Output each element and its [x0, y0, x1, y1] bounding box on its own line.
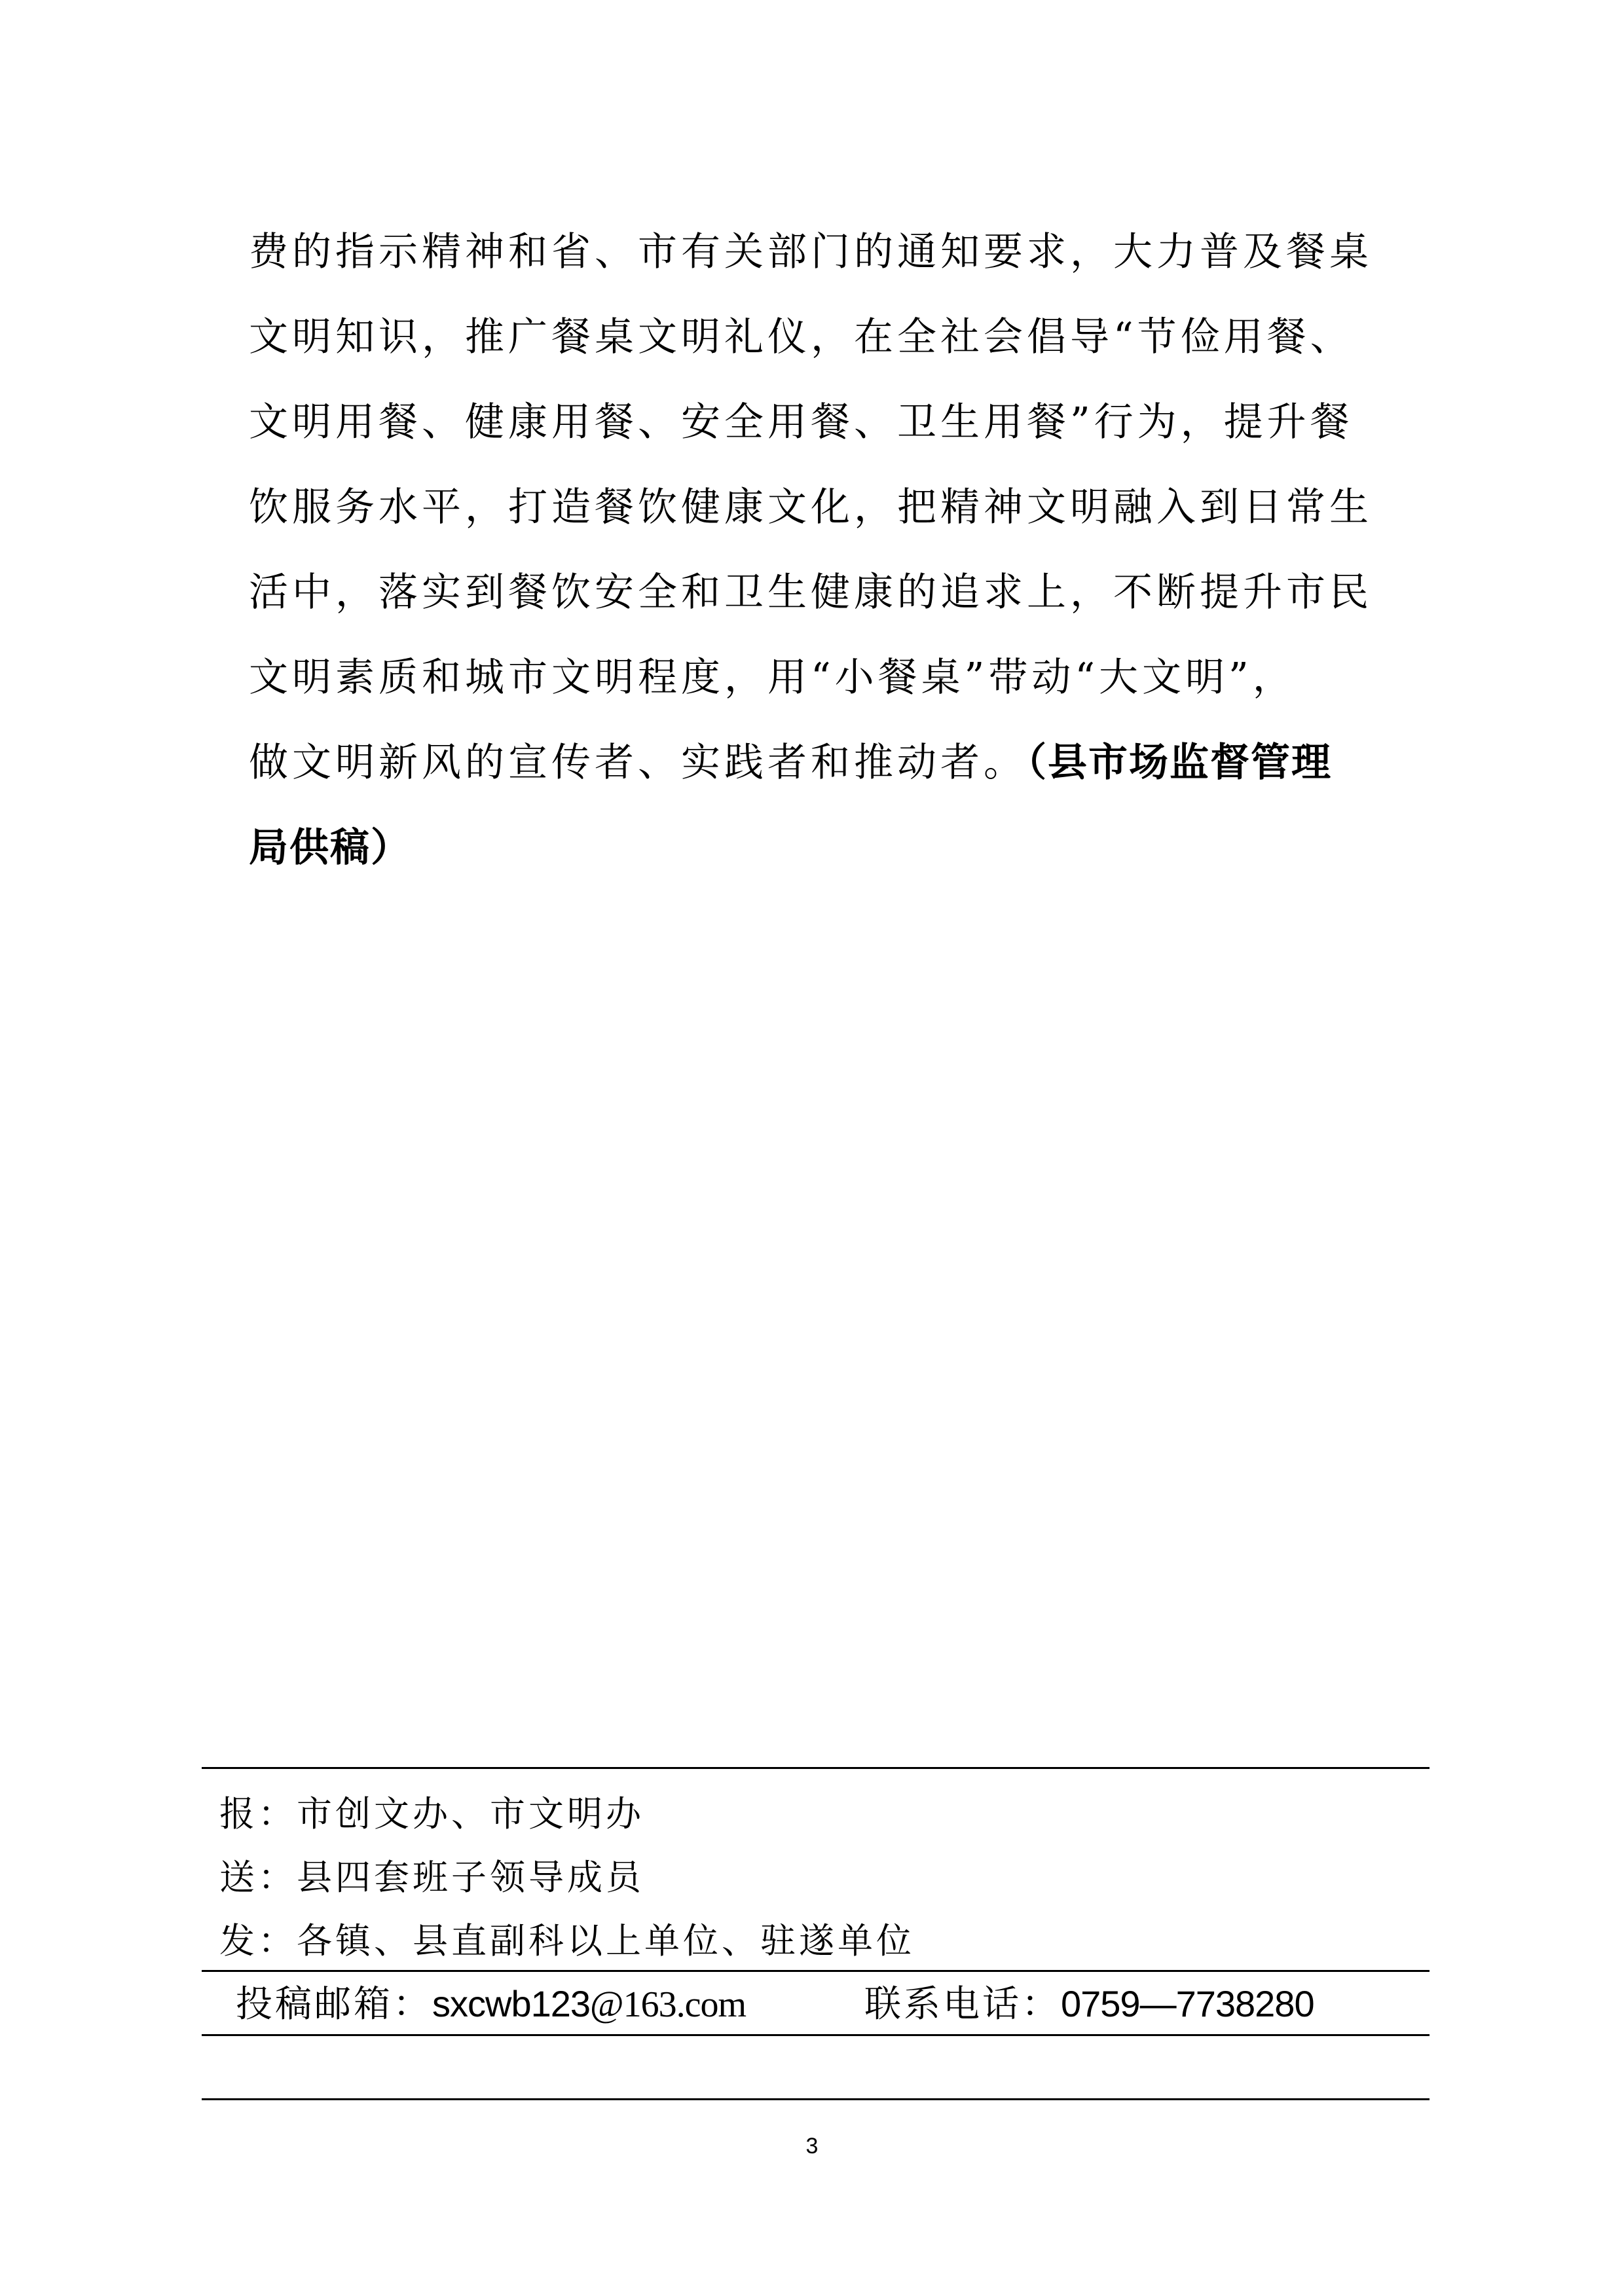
footer-rule-lower — [202, 2034, 1430, 2036]
body-line-7-text: 做文明新风的宣传者、实践者和推动者。 — [249, 740, 1027, 786]
issue-to-line: 发：各镇、县直副科以上单位、驻遂单位 — [219, 1909, 915, 1973]
page-number: 3 — [802, 2133, 822, 2159]
contact-info: 投稿邮箱：sxcwb123@163.com 联系电话：0759—7738280 — [236, 1976, 1414, 2032]
send-to-line: 送：县四套班子领导成员 — [219, 1846, 915, 1909]
footer-rule-middle — [202, 1970, 1430, 1972]
footer-rule-top — [202, 1767, 1430, 1769]
body-line-2: 文明知识，推广餐桌文明礼仪，在全社会倡导“节俭用餐、 — [249, 295, 1388, 380]
source-credit-end: 局供稿） — [249, 825, 411, 871]
body-line-4: 饮服务水平，打造餐饮健康文化，把精神文明融入到日常生 — [249, 465, 1388, 550]
body-line-7: 做文明新风的宣传者、实践者和推动者。（县市场监督管理 — [249, 720, 1388, 805]
email-domain: @163.com — [590, 1984, 746, 2025]
phone-contact: 联系电话：0759—7738280 — [864, 1976, 1314, 2033]
source-credit-start: （县市场监督管理 — [1027, 740, 1332, 786]
body-line-5: 活中，落实到餐饮安全和卫生健康的追求上，不断提升市民 — [249, 550, 1388, 635]
email-contact: 投稿邮箱：sxcwb123@163.com — [236, 1976, 746, 2033]
report-to-line: 报：市创文办、市文明办 — [219, 1782, 915, 1846]
email-user: sxcwb123 — [432, 1983, 590, 2024]
phone-number: 0759—7738280 — [1061, 1983, 1314, 2024]
phone-label: 联系电话： — [864, 1983, 1061, 2026]
distribution-list: 报：市创文办、市文明办 送：县四套班子领导成员 发：各镇、县直副科以上单位、驻遂… — [219, 1782, 915, 1973]
footer-rule-bottom — [202, 2098, 1430, 2100]
body-line-6: 文明素质和城市文明程度，用“小餐桌”带动“大文明”， — [249, 635, 1388, 720]
email-label: 投稿邮箱： — [236, 1983, 432, 2026]
body-line-1: 费的指示精神和省、市有关部门的通知要求，大力普及餐桌 — [249, 210, 1388, 295]
article-body: 费的指示精神和省、市有关部门的通知要求，大力普及餐桌 文明知识，推广餐桌文明礼仪… — [249, 210, 1388, 890]
document-page: 费的指示精神和省、市有关部门的通知要求，大力普及餐桌 文明知识，推广餐桌文明礼仪… — [0, 0, 1624, 2296]
body-line-3: 文明用餐、健康用餐、安全用餐、卫生用餐”行为，提升餐 — [249, 380, 1388, 465]
body-line-8: 局供稿） — [249, 805, 1388, 890]
